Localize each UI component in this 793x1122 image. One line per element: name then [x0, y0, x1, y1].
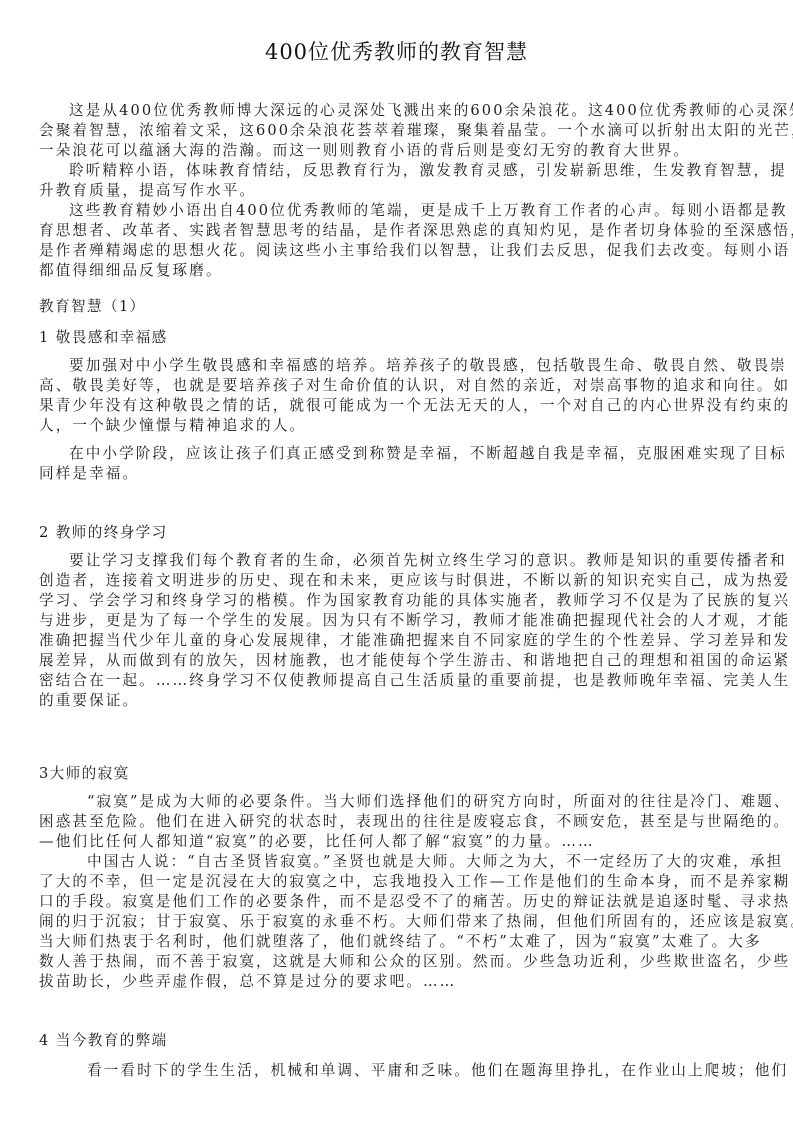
- text-line: 数人善于热闹，而不善于寂寞，这就是大师和公众的区别。然而。少些急功近利，少些欺世…: [39, 952, 759, 972]
- text-line: 困惑甚至危险。他们在进入研究的状态时，表现出的往往是废寝忘食，不顾安危，甚至是与…: [39, 812, 759, 832]
- text-line: 当大师们热衷于名利时，他们就堕落了，他们就终结了。“不朽”太难了，因为“寂寞”太…: [39, 932, 759, 952]
- text-line: 在中小学阶段，应该让孩子们真正感受到称赞是幸福，不断超越自我是幸福，克服困难实现…: [39, 444, 759, 464]
- text-line: 这是从400位优秀教师博大深远的心灵深处飞溅出来的600余朵浪花。这400位优秀…: [39, 101, 759, 121]
- text-line: 中国古人说：“自古圣贤皆寂寞。”圣贤也就是大师。大师之为大，不一定经历了大的灾难…: [39, 852, 759, 872]
- text-line: 一朵浪花可以蕴涵大海的浩瀚。而这一则则教育小语的背后则是变幻无穷的教育大世界。: [39, 141, 759, 161]
- text-line: 要让学习支撑我们每个教育者的生命，必须首先树立终生学习的意识。教师是知识的重要传…: [39, 551, 759, 571]
- text-line: 果青少年没有这种敬畏之情的话，就很可能成为一个无法无天的人，一个对自己的内心世界…: [39, 396, 759, 416]
- text-line: 高、敬畏美好等，也就是要培养孩子对生命价值的认识，对自然的亲近，对崇高事物的追求…: [39, 376, 759, 396]
- text-line: 会聚着智慧，浓缩着文采，这600余朵浪花荟萃着璀璨，聚集着晶莹。一个水滴可以折射…: [39, 121, 759, 141]
- text-line: 同样是幸福。: [39, 464, 759, 484]
- section-2-heading: 2 教师的终身学习: [39, 523, 168, 543]
- section-1-paragraph-2: 在中小学阶段，应该让孩子们真正感受到称赞是幸福，不断超越自我是幸福，克服困难实现…: [39, 444, 759, 484]
- section-4-heading: 4 当今教育的弊端: [39, 1031, 168, 1051]
- text-line: 聆听精粹小语，体味教育情结，反思教育行为，激发教育灵感，引发崭新思维，生发教育智…: [39, 161, 759, 181]
- text-line: —他们比任何人都知道“寂寞”的必要，比任何人都了解“寂寞”的力量。……: [39, 832, 759, 852]
- section-3-heading: 3大师的寂寞: [39, 764, 130, 784]
- intro-paragraph-1: 这是从400位优秀教师博大深远的心灵深处飞溅出来的600余朵浪花。这400位优秀…: [39, 101, 759, 161]
- text-line: 创造者，连接着文明进步的历史、现在和未来，更应该与时俱进，不断以新的知识充实自己…: [39, 571, 759, 591]
- section-1-heading: 1 敬畏感和幸福感: [39, 328, 168, 348]
- text-line: 看一看时下的学生生活，机械和单调、平庸和乏味。他们在题海里挣扎，在作业山上爬坡；…: [39, 1061, 759, 1081]
- text-line: 学习、学会学习和终身学习的楷模。作为国家教育功能的具体实施者，教师学习不仅是为了…: [39, 591, 759, 611]
- text-line: 展差异，从而做到有的放矢，因材施教，也才能使每个学生游击、和谐地把自己的理想和祖…: [39, 651, 759, 671]
- text-line: 这些教育精妙小语出自400位优秀教师的笔端，更是成千上万教育工作者的心声。每则小…: [39, 201, 759, 221]
- section-2-paragraph-1: 要让学习支撑我们每个教育者的生命，必须首先树立终生学习的意识。教师是知识的重要传…: [39, 551, 759, 711]
- text-line: 了大的不幸，但一定是沉浸在大的寂寞之中，忘我地投入工作—工作是他们的生命本身，而…: [39, 872, 759, 892]
- text-line: 升教育质量，提高写作水平。: [39, 181, 759, 201]
- text-line: 要加强对中小学生敬畏感和幸福感的培养。培养孩子的敬畏感，包括敬畏生命、敬畏自然、…: [39, 356, 759, 376]
- text-line: 密结合在一起。……终身学习不仅使教师提高自己生活质量的重要前提，也是教师晚年幸福…: [39, 671, 759, 691]
- text-line: 是作者殚精竭虑的思想火花。阅读这些小主事给我们以智慧，让我们去反思，促我们去改变…: [39, 241, 759, 261]
- section-4-paragraph-1: 看一看时下的学生生活，机械和单调、平庸和乏味。他们在题海里挣扎，在作业山上爬坡；…: [39, 1061, 759, 1081]
- document-page: 400位优秀教师的教育智慧 这是从400位优秀教师博大深远的心灵深处飞溅出来的6…: [0, 0, 793, 1122]
- text-line: 都值得细细品反复琢磨。: [39, 261, 759, 281]
- text-line: 育思想者、改革者、实践者智慧思考的结晶，是作者深思熟虑的真知灼见，是作者切身体验…: [39, 221, 759, 241]
- text-line: 口的手段。寂寞是他们工作的必要条件，而不是忍受不了的痛苦。历史的辩证法就是追逐时…: [39, 892, 759, 912]
- section-3-paragraph-2: 中国古人说：“自古圣贤皆寂寞。”圣贤也就是大师。大师之为大，不一定经历了大的灾难…: [39, 852, 759, 992]
- text-line: 的重要保证。: [39, 691, 759, 711]
- intro-paragraph-3: 这些教育精妙小语出自400位优秀教师的笔端，更是成千上万教育工作者的心声。每则小…: [39, 201, 759, 281]
- section-3-paragraph-1: “寂寞”是成为大师的必要条件。当大师们选择他们的研究方向时，所面对的往往是冷门、…: [39, 792, 759, 852]
- intro-paragraph-2: 聆听精粹小语，体味教育情结，反思教育行为，激发教育灵感，引发崭新思维，生发教育智…: [39, 161, 759, 201]
- document-title: 400位优秀教师的教育智慧: [0, 38, 793, 66]
- section-1-paragraph-1: 要加强对中小学生敬畏感和幸福感的培养。培养孩子的敬畏感，包括敬畏生命、敬畏自然、…: [39, 356, 759, 436]
- text-line: 拔苗助长，少些弄虚作假，总不算是过分的要求吧。……: [39, 972, 759, 992]
- text-line: 人，一个缺少憧憬与精神追求的人。: [39, 416, 759, 436]
- section-title: 教育智慧（1）: [39, 297, 146, 317]
- text-line: “寂寞”是成为大师的必要条件。当大师们选择他们的研究方向时，所面对的往往是冷门、…: [39, 792, 759, 812]
- text-line: 准确把握当代少年儿童的身心发展规律，才能准确把握来自不同家庭的学生的个性差异、学…: [39, 631, 759, 651]
- text-line: 闹的归于沉寂；甘于寂寞、乐于寂寞的永垂不朽。大师们带来了热闹，但他们所固有的，还…: [39, 912, 759, 932]
- text-line: 与进步，更是为了每一个学生的发展。因为只有不断学习，教师才能准确把握现代社会的人…: [39, 611, 759, 631]
